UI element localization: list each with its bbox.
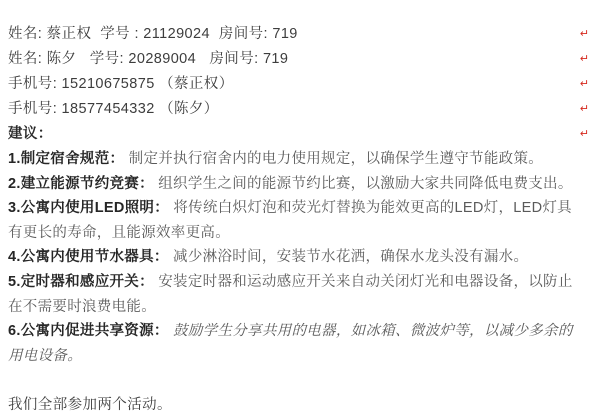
suggestion-body-1: 制定并执行宿舍内的电力使用规定，以确保学生遵守节能政策。	[129, 151, 543, 167]
suggestion-item-5: 5.定时器和感应开关： 安装定时器和运动感应开关来自动关闭灯光和电器设备，以防止…	[8, 270, 582, 319]
student-info-line-2: 姓名: 陈夕 学号: 20289004 房间号: 719	[8, 47, 582, 72]
suggestion-item-4: 4.公寓内使用节水器具： 减少淋浴时间，安装节水花洒，确保水龙头没有漏水。	[8, 245, 582, 270]
paragraph-return-icon: ↵	[580, 104, 589, 115]
paragraph-return-icon: ↵	[580, 129, 589, 140]
paragraph-return-icon: ↵	[580, 79, 589, 90]
suggestion-item-2: 2.建立能源节约竞赛： 组织学生之间的能源节约比赛，以激励大家共同降低电费支出。	[8, 172, 582, 197]
document-page: 姓名: 蔡正权 学号 : 21129024 房间号: 719 姓名: 陈夕 学号…	[0, 0, 596, 412]
suggestion-item-3: 3.公寓内使用LED照明： 将传统白炽灯泡和荧光灯替换为能效更高的LED灯，LE…	[8, 196, 582, 245]
student-info-line-1: 姓名: 蔡正权 学号 : 21129024 房间号: 719	[8, 22, 582, 47]
suggestions-heading: 建议：	[8, 122, 582, 147]
suggestion-label-1: 1.制定宿舍规范：	[8, 151, 124, 167]
phone-info-line-2: 手机号: 18577454332 （陈夕）	[8, 97, 582, 122]
suggestion-body-2: 组织学生之间的能源节约比赛，以激励大家共同降低电费支出。	[158, 176, 572, 192]
closing-line: 我们全部参加两个活动。	[8, 393, 582, 412]
suggestion-label-5: 5.定时器和感应开关：	[8, 274, 154, 290]
suggestion-item-6: 6.公寓内促进共享资源： 鼓励学生分享共用的电器，如冰箱、微波炉等，以减少多余的…	[8, 319, 582, 368]
suggestion-label-6: 6.公寓内促进共享资源：	[8, 323, 169, 339]
suggestion-label-4: 4.公寓内使用节水器具：	[8, 249, 169, 265]
suggestion-item-1: 1.制定宿舍规范： 制定并执行宿舍内的电力使用规定，以确保学生遵守节能政策。	[8, 147, 582, 172]
paragraph-return-icon: ↵	[580, 54, 589, 65]
phone-info-line-1: 手机号: 15210675875 （蔡正权）	[8, 72, 582, 97]
suggestion-label-2: 2.建立能源节约竞赛：	[8, 176, 154, 192]
paragraph-return-icon: ↵	[580, 29, 589, 40]
suggestion-label-3: 3.公寓内使用LED照明：	[8, 200, 169, 216]
suggestion-body-4: 减少淋浴时间，安装节水花洒，确保水龙头没有漏水。	[173, 249, 528, 265]
